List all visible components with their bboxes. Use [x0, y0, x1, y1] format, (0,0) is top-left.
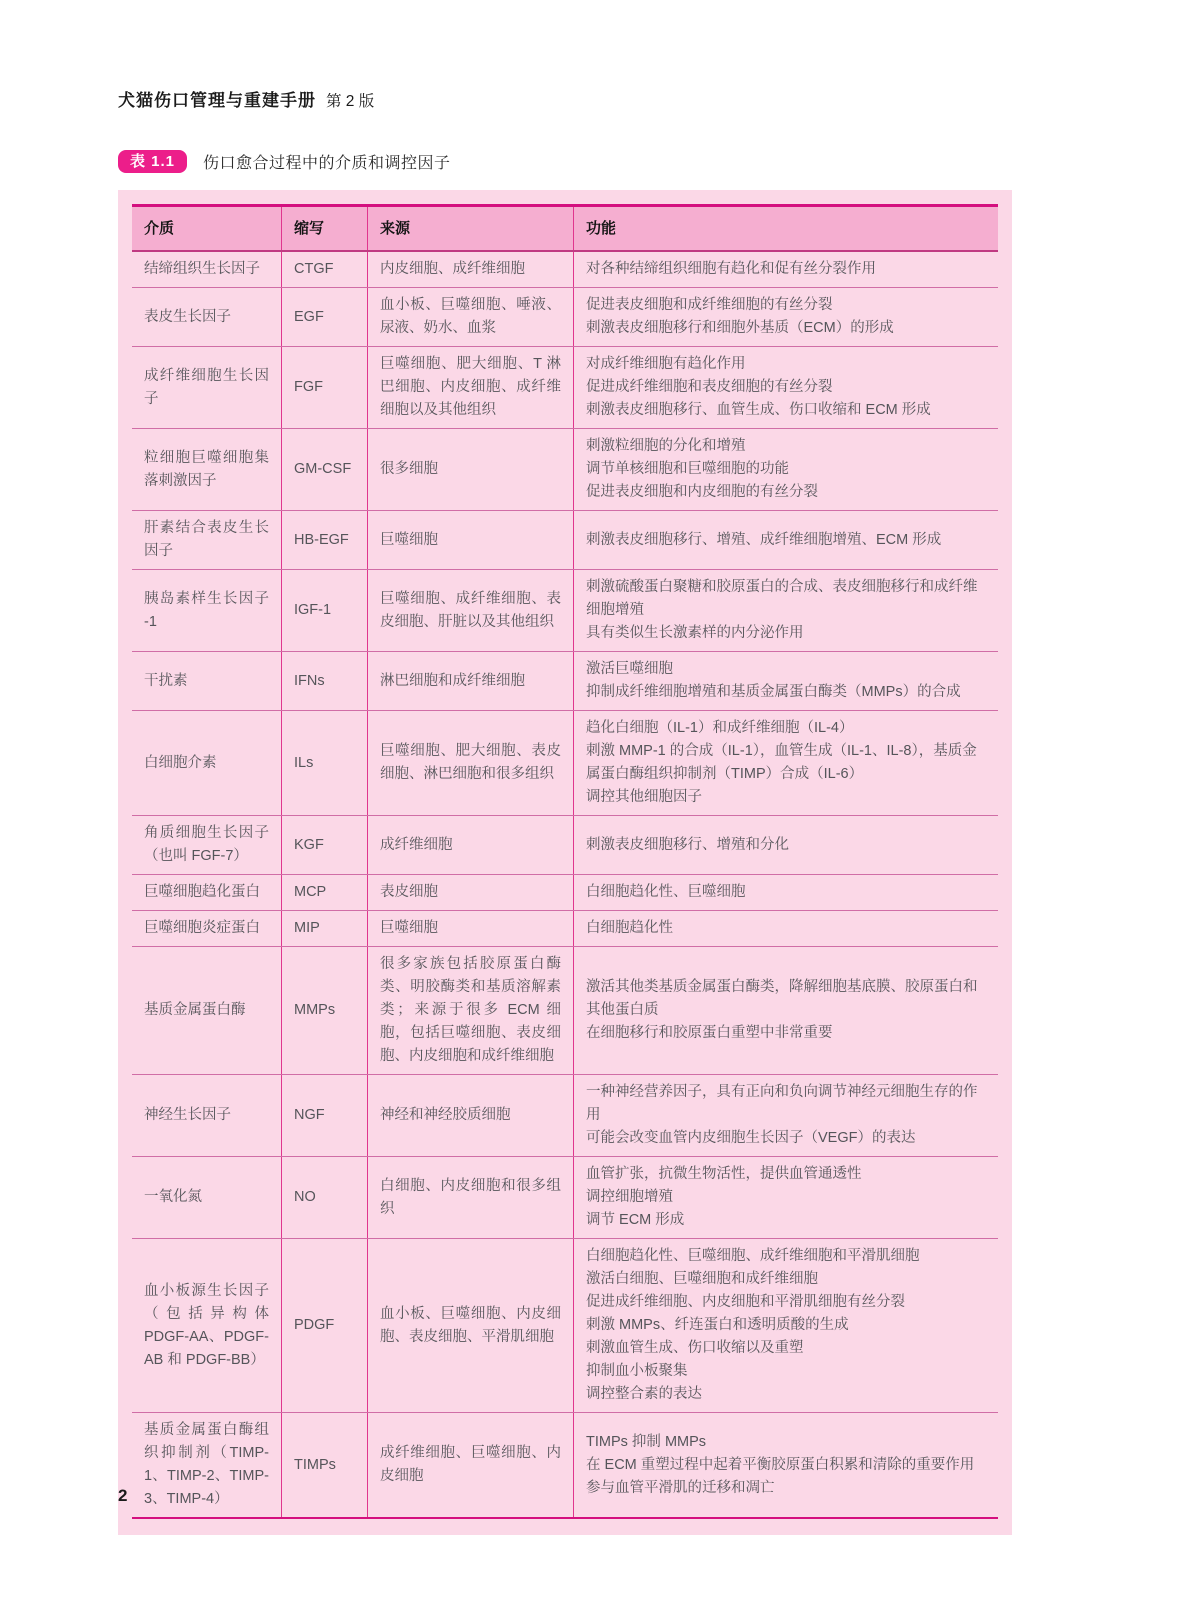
source-cell: 成纤维细胞 [368, 816, 574, 874]
function-line: 调控整合素的表达 [586, 1383, 986, 1406]
mediator-cell: 巨噬细胞趋化蛋白 [132, 875, 282, 910]
abbreviation-cell: PDGF [282, 1239, 368, 1412]
source-cell: 巨噬细胞、成纤维细胞、表皮细胞、肝脏以及其他组织 [368, 570, 574, 651]
abbreviation-cell: KGF [282, 816, 368, 874]
function-line: 促进成纤维细胞、内皮细胞和平滑肌细胞有丝分裂 [586, 1291, 986, 1314]
source-cell: 白细胞、内皮细胞和很多组织 [368, 1157, 574, 1238]
mediator-cell: 血小板源生长因子（包括异构体 PDGF-AA、PDGF-AB 和 PDGF-BB… [132, 1239, 282, 1412]
mediator-cell: 神经生长因子 [132, 1075, 282, 1156]
mediator-cell: 胰岛素样生长因子 -1 [132, 570, 282, 651]
function-line: 刺激血管生成、伤口收缩以及重塑 [586, 1337, 986, 1360]
source-cell: 巨噬细胞、肥大细胞、表皮细胞、淋巴细胞和很多组织 [368, 711, 574, 815]
column-header-source: 来源 [368, 207, 574, 250]
book-page: { "page": { "book_title": "犬猫伤口管理与重建手册",… [0, 0, 1187, 1600]
source-cell: 血小板、巨噬细胞、唾液、尿液、奶水、血浆 [368, 288, 574, 346]
source-cell: 很多家族包括胶原蛋白酶类、明胶酶类和基质溶解素类；来源于很多 ECM 细胞，包括… [368, 947, 574, 1074]
function-cell: 一种神经营养因子，具有正向和负向调节神经元细胞生存的作用可能会改变血管内皮细胞生… [574, 1075, 998, 1156]
table-row: 肝素结合表皮生长因子 HB-EGF 巨噬细胞 刺激表皮细胞移行、增殖、成纤维细胞… [132, 511, 998, 570]
table-row: 粒细胞巨噬细胞集落刺激因子 GM-CSF 很多细胞 刺激粒细胞的分化和增殖调节单… [132, 429, 998, 511]
table-caption: 伤口愈合过程中的介质和调控因子 [203, 150, 451, 173]
table-row: 角质细胞生长因子（也叫 FGF-7） KGF 成纤维细胞 刺激表皮细胞移行、增殖… [132, 816, 998, 875]
function-line: 刺激表皮细胞移行和细胞外基质（ECM）的形成 [586, 317, 986, 340]
mediator-cell: 肝素结合表皮生长因子 [132, 511, 282, 569]
function-line: 激活白细胞、巨噬细胞和成纤维细胞 [586, 1268, 986, 1291]
function-cell: 白细胞趋化性 [574, 911, 998, 946]
function-line: 调节 ECM 形成 [586, 1209, 986, 1232]
source-cell: 淋巴细胞和成纤维细胞 [368, 652, 574, 710]
abbreviation-cell: MIP [282, 911, 368, 946]
function-line: 血管扩张，抗微生物活性，提供血管通透性 [586, 1163, 986, 1186]
function-cell: 对各种结缔组织细胞有趋化和促有丝分裂作用 [574, 252, 998, 287]
function-line: 白细胞趋化性、巨噬细胞 [586, 881, 986, 904]
column-header-mediator: 介质 [132, 207, 282, 250]
function-line: 促进成纤维细胞和表皮细胞的有丝分裂 [586, 376, 986, 399]
function-cell: 刺激表皮细胞移行、增殖、成纤维细胞增殖、ECM 形成 [574, 511, 998, 569]
source-cell: 成纤维细胞、巨噬细胞、内皮细胞 [368, 1413, 574, 1517]
function-line: 抑制血小板聚集 [586, 1360, 986, 1383]
function-line: 激活其他类基质金属蛋白酶类，降解细胞基底膜、胶原蛋白和其他蛋白质 [586, 976, 986, 1022]
book-title: 犬猫伤口管理与重建手册 [118, 91, 316, 110]
function-line: 促进表皮细胞和内皮细胞的有丝分裂 [586, 481, 986, 504]
function-line: 促进表皮细胞和成纤维细胞的有丝分裂 [586, 294, 986, 317]
abbreviation-cell: ILs [282, 711, 368, 815]
table-body: 结缔组织生长因子 CTGF 内皮细胞、成纤维细胞 对各种结缔组织细胞有趋化和促有… [132, 252, 998, 1517]
table-row: 一氧化氮 NO 白细胞、内皮细胞和很多组织 血管扩张，抗微生物活性，提供血管通透… [132, 1157, 998, 1239]
function-cell: TIMPs 抑制 MMPs在 ECM 重塑过程中起着平衡胶原蛋白积累和清除的重要… [574, 1413, 998, 1517]
function-line: 激活巨噬细胞 [586, 658, 986, 681]
function-line: 刺激表皮细胞移行、增殖、成纤维细胞增殖、ECM 形成 [586, 529, 986, 552]
function-line: TIMPs 抑制 MMPs [586, 1431, 986, 1454]
function-line: 调控其他细胞因子 [586, 786, 986, 809]
page-number: 2 [118, 1486, 127, 1506]
book-header: 犬猫伤口管理与重建手册第 2 版 [118, 86, 374, 111]
abbreviation-cell: IGF-1 [282, 570, 368, 651]
table-row: 胰岛素样生长因子 -1 IGF-1 巨噬细胞、成纤维细胞、表皮细胞、肝脏以及其他… [132, 570, 998, 652]
function-line: 对各种结缔组织细胞有趋化和促有丝分裂作用 [586, 258, 986, 281]
column-header-abbreviation: 缩写 [282, 207, 368, 250]
table-number-badge: 表 1.1 [118, 150, 187, 173]
function-line: 刺激 MMPs、纤连蛋白和透明质酸的生成 [586, 1314, 986, 1337]
function-line: 在细胞移行和胶原蛋白重塑中非常重要 [586, 1022, 986, 1045]
column-header-function: 功能 [574, 207, 998, 250]
mediator-cell: 结缔组织生长因子 [132, 252, 282, 287]
mediator-cell: 干扰素 [132, 652, 282, 710]
table-container: 介质 缩写 来源 功能 结缔组织生长因子 CTGF 内皮细胞、成纤维细胞 对各种… [118, 190, 1012, 1535]
function-cell: 激活其他类基质金属蛋白酶类，降解细胞基底膜、胶原蛋白和其他蛋白质在细胞移行和胶原… [574, 947, 998, 1074]
table-row: 巨噬细胞炎症蛋白 MIP 巨噬细胞 白细胞趋化性 [132, 911, 998, 947]
abbreviation-cell: NO [282, 1157, 368, 1238]
function-cell: 刺激表皮细胞移行、增殖和分化 [574, 816, 998, 874]
function-cell: 刺激粒细胞的分化和增殖调节单核细胞和巨噬细胞的功能促进表皮细胞和内皮细胞的有丝分… [574, 429, 998, 510]
function-line: 刺激表皮细胞移行、血管生成、伤口收缩和 ECM 形成 [586, 399, 986, 422]
table-row: 表皮生长因子 EGF 血小板、巨噬细胞、唾液、尿液、奶水、血浆 促进表皮细胞和成… [132, 288, 998, 347]
abbreviation-cell: MMPs [282, 947, 368, 1074]
function-cell: 促进表皮细胞和成纤维细胞的有丝分裂刺激表皮细胞移行和细胞外基质（ECM）的形成 [574, 288, 998, 346]
source-cell: 巨噬细胞 [368, 911, 574, 946]
mediator-cell: 表皮生长因子 [132, 288, 282, 346]
abbreviation-cell: CTGF [282, 252, 368, 287]
function-line: 刺激 MMP-1 的合成（IL-1），血管生成（IL-1、IL-8），基质金属蛋… [586, 740, 986, 786]
table-caption-row: 表 1.1 伤口愈合过程中的介质和调控因子 [118, 150, 451, 173]
mediator-cell: 基质金属蛋白酶组织抑制剂（TIMP-1、TIMP-2、TIMP-3、TIMP-4… [132, 1413, 282, 1517]
table-row: 基质金属蛋白酶 MMPs 很多家族包括胶原蛋白酶类、明胶酶类和基质溶解素类；来源… [132, 947, 998, 1075]
function-line: 一种神经营养因子，具有正向和负向调节神经元细胞生存的作用 [586, 1081, 986, 1127]
mediator-cell: 角质细胞生长因子（也叫 FGF-7） [132, 816, 282, 874]
function-line: 白细胞趋化性 [586, 917, 986, 940]
function-line: 对成纤维细胞有趋化作用 [586, 353, 986, 376]
abbreviation-cell: EGF [282, 288, 368, 346]
function-line: 白细胞趋化性、巨噬细胞、成纤维细胞和平滑肌细胞 [586, 1245, 986, 1268]
table-row: 血小板源生长因子（包括异构体 PDGF-AA、PDGF-AB 和 PDGF-BB… [132, 1239, 998, 1413]
source-cell: 很多细胞 [368, 429, 574, 510]
table-row: 白细胞介素 ILs 巨噬细胞、肥大细胞、表皮细胞、淋巴细胞和很多组织 趋化白细胞… [132, 711, 998, 816]
book-edition: 第 2 版 [326, 93, 374, 110]
mediator-cell: 粒细胞巨噬细胞集落刺激因子 [132, 429, 282, 510]
function-line: 刺激粒细胞的分化和增殖 [586, 435, 986, 458]
function-line: 调节单核细胞和巨噬细胞的功能 [586, 458, 986, 481]
function-cell: 刺激硫酸蛋白聚糖和胶原蛋白的合成、表皮细胞移行和成纤维细胞增殖具有类似生长激素样… [574, 570, 998, 651]
abbreviation-cell: IFNs [282, 652, 368, 710]
source-cell: 表皮细胞 [368, 875, 574, 910]
function-line: 刺激表皮细胞移行、增殖和分化 [586, 834, 986, 857]
abbreviation-cell: MCP [282, 875, 368, 910]
abbreviation-cell: GM-CSF [282, 429, 368, 510]
table-row: 干扰素 IFNs 淋巴细胞和成纤维细胞 激活巨噬细胞抑制成纤维细胞增殖和基质金属… [132, 652, 998, 711]
source-cell: 神经和神经胶质细胞 [368, 1075, 574, 1156]
function-cell: 激活巨噬细胞抑制成纤维细胞增殖和基质金属蛋白酶类（MMPs）的合成 [574, 652, 998, 710]
function-line: 调控细胞增殖 [586, 1186, 986, 1209]
function-line: 趋化白细胞（IL-1）和成纤维细胞（IL-4） [586, 717, 986, 740]
abbreviation-cell: NGF [282, 1075, 368, 1156]
mediator-cell: 巨噬细胞炎症蛋白 [132, 911, 282, 946]
table-header-row: 介质 缩写 来源 功能 [132, 207, 998, 252]
table-row: 结缔组织生长因子 CTGF 内皮细胞、成纤维细胞 对各种结缔组织细胞有趋化和促有… [132, 252, 998, 288]
function-line: 在 ECM 重塑过程中起着平衡胶原蛋白积累和清除的重要作用 [586, 1454, 986, 1477]
function-line: 具有类似生长激素样的内分泌作用 [586, 622, 986, 645]
table-row: 成纤维细胞生长因子 FGF 巨噬细胞、肥大细胞、T 淋巴细胞、内皮细胞、成纤维细… [132, 347, 998, 429]
mediator-cell: 基质金属蛋白酶 [132, 947, 282, 1074]
function-line: 抑制成纤维细胞增殖和基质金属蛋白酶类（MMPs）的合成 [586, 681, 986, 704]
source-cell: 血小板、巨噬细胞、内皮细胞、表皮细胞、平滑肌细胞 [368, 1239, 574, 1412]
table-row: 神经生长因子 NGF 神经和神经胶质细胞 一种神经营养因子，具有正向和负向调节神… [132, 1075, 998, 1157]
function-cell: 白细胞趋化性、巨噬细胞、成纤维细胞和平滑肌细胞激活白细胞、巨噬细胞和成纤维细胞促… [574, 1239, 998, 1412]
function-cell: 白细胞趋化性、巨噬细胞 [574, 875, 998, 910]
function-line: 刺激硫酸蛋白聚糖和胶原蛋白的合成、表皮细胞移行和成纤维细胞增殖 [586, 576, 986, 622]
abbreviation-cell: HB-EGF [282, 511, 368, 569]
table-row: 巨噬细胞趋化蛋白 MCP 表皮细胞 白细胞趋化性、巨噬细胞 [132, 875, 998, 911]
mediators-table: 介质 缩写 来源 功能 结缔组织生长因子 CTGF 内皮细胞、成纤维细胞 对各种… [132, 204, 998, 1519]
table-row: 基质金属蛋白酶组织抑制剂（TIMP-1、TIMP-2、TIMP-3、TIMP-4… [132, 1413, 998, 1517]
function-line: 可能会改变血管内皮细胞生长因子（VEGF）的表达 [586, 1127, 986, 1150]
function-line: 参与血管平滑肌的迁移和凋亡 [586, 1477, 986, 1500]
function-cell: 趋化白细胞（IL-1）和成纤维细胞（IL-4）刺激 MMP-1 的合成（IL-1… [574, 711, 998, 815]
abbreviation-cell: FGF [282, 347, 368, 428]
source-cell: 内皮细胞、成纤维细胞 [368, 252, 574, 287]
function-cell: 血管扩张，抗微生物活性，提供血管通透性调控细胞增殖调节 ECM 形成 [574, 1157, 998, 1238]
mediator-cell: 白细胞介素 [132, 711, 282, 815]
mediator-cell: 成纤维细胞生长因子 [132, 347, 282, 428]
function-cell: 对成纤维细胞有趋化作用促进成纤维细胞和表皮细胞的有丝分裂刺激表皮细胞移行、血管生… [574, 347, 998, 428]
source-cell: 巨噬细胞 [368, 511, 574, 569]
abbreviation-cell: TIMPs [282, 1413, 368, 1517]
mediator-cell: 一氧化氮 [132, 1157, 282, 1238]
source-cell: 巨噬细胞、肥大细胞、T 淋巴细胞、内皮细胞、成纤维细胞以及其他组织 [368, 347, 574, 428]
